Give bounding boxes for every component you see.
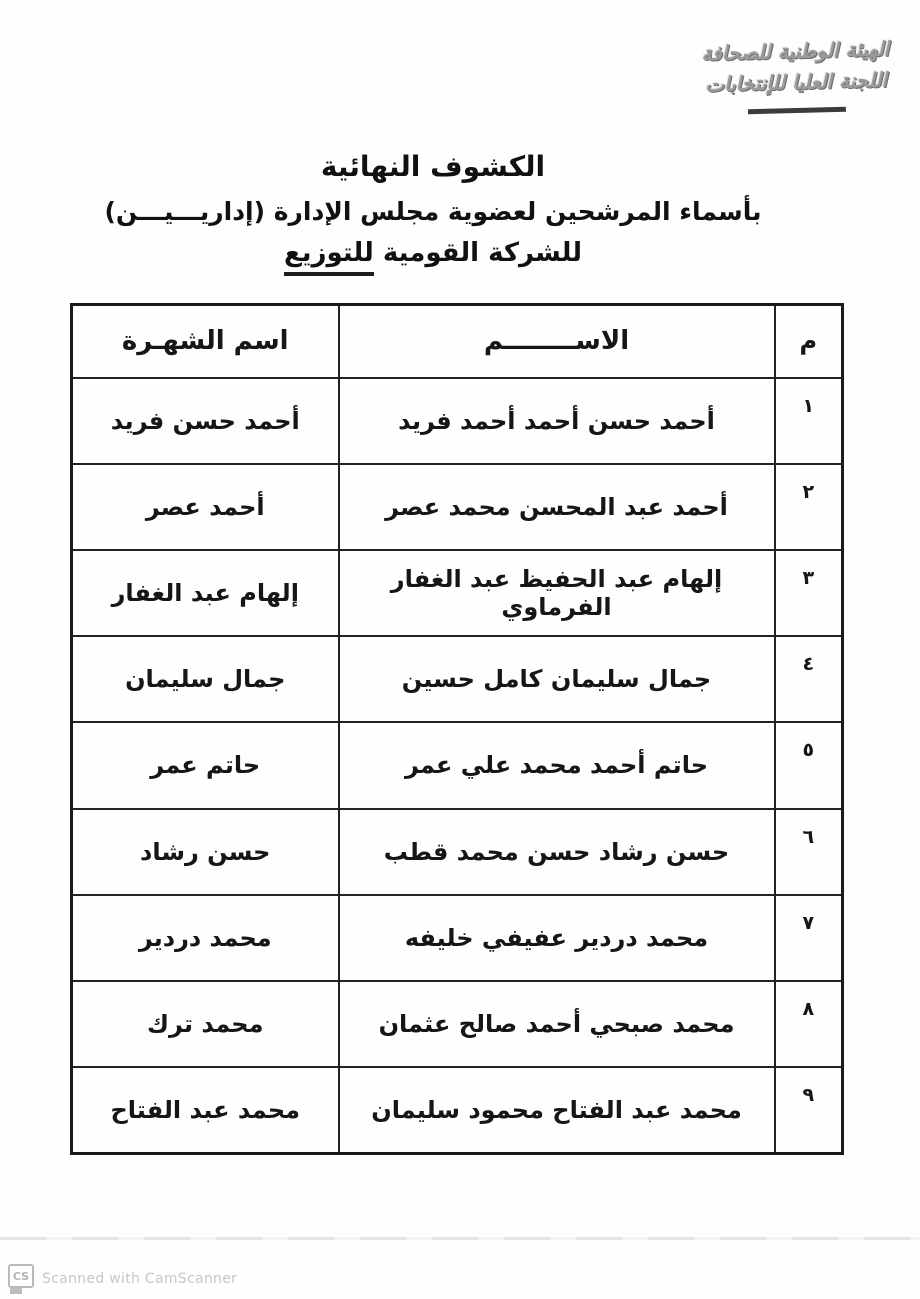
row-nickname: أحمد عصر: [72, 464, 339, 550]
row-index: ٦: [775, 809, 843, 895]
row-index: ١: [775, 378, 843, 464]
letterhead-line-2: اللجنة العليا للإنتخابات: [702, 65, 890, 101]
row-index: ٨: [775, 981, 843, 1067]
row-name: إلهام عبد الحفيظ عبد الغفار الفرماوي: [339, 550, 775, 636]
table-row: ٧ محمد دردير عفيفي خليفه محمد دردير: [72, 895, 843, 981]
row-index: ٧: [775, 895, 843, 981]
camscanner-icon: CS: [8, 1264, 34, 1294]
header-nickname: اسم الشهـرة: [72, 305, 339, 378]
table-row: ٤ جمال سليمان كامل حسين جمال سليمان: [72, 636, 843, 722]
row-name: أحمد حسن أحمد أحمد فريد: [339, 378, 775, 464]
row-name: محمد عبد الفتاح محمود سليمان: [339, 1067, 775, 1153]
header-index: م: [775, 305, 843, 378]
company-title-underlined: للتوزيع: [284, 238, 374, 276]
table-row: ٣ إلهام عبد الحفيظ عبد الغفار الفرماوي إ…: [72, 550, 843, 636]
scan-artifact-line: [0, 1237, 920, 1240]
row-index: ٩: [775, 1067, 843, 1153]
page-subtitle: بأسماء المرشحين لعضوية مجلس الإدارة (إدا…: [0, 197, 893, 226]
row-name: أحمد عبد المحسن محمد عصر: [339, 464, 775, 550]
row-nickname: محمد ترك: [72, 981, 339, 1067]
camscanner-icon-letters: CS: [8, 1264, 34, 1288]
row-name: محمد صبحي أحمد صالح عثمان: [339, 981, 775, 1067]
table-row: ٥ حاتم أحمد محمد علي عمر حاتم عمر: [72, 722, 843, 808]
header-name: الاســــــــم: [339, 305, 775, 378]
table-row: ٢ أحمد عبد المحسن محمد عصر أحمد عصر: [72, 464, 843, 550]
row-index: ٣: [775, 550, 843, 636]
scanned-document-page: الهيئة الوطنية للصحافة اللجنة العليا للإ…: [0, 0, 920, 1299]
row-index: ٥: [775, 722, 843, 808]
row-name: محمد دردير عفيفي خليفه: [339, 895, 775, 981]
row-nickname: جمال سليمان: [72, 636, 339, 722]
letterhead-line-1: الهيئة الوطنية للصحافة: [701, 34, 889, 70]
letterhead: الهيئة الوطنية للصحافة اللجنة العليا للإ…: [701, 34, 891, 116]
row-nickname: حسن رشاد: [72, 809, 339, 895]
row-nickname: محمد عبد الفتاح: [72, 1067, 339, 1153]
camscanner-watermark: CS Scanned with CamScanner: [8, 1264, 237, 1294]
camscanner-icon-flag: [10, 1288, 22, 1294]
row-index: ٢: [775, 464, 843, 550]
row-name: جمال سليمان كامل حسين: [339, 636, 775, 722]
row-nickname: حاتم عمر: [72, 722, 339, 808]
company-title: للشركة القومية للتوزيع: [0, 238, 893, 268]
table-row: ١ أحمد حسن أحمد أحمد فريد أحمد حسن فريد: [72, 378, 843, 464]
document-titles: الكشوف النهائية بأسماء المرشحين لعضوية م…: [0, 150, 893, 268]
table-header-row: م الاســــــــم اسم الشهـرة: [72, 305, 843, 378]
row-index: ٤: [775, 636, 843, 722]
row-nickname: محمد دردير: [72, 895, 339, 981]
table-row: ٨ محمد صبحي أحمد صالح عثمان محمد ترك: [72, 981, 843, 1067]
table-row: ٩ محمد عبد الفتاح محمود سليمان محمد عبد …: [72, 1067, 843, 1153]
row-name: حسن رشاد حسن محمد قطب: [339, 809, 775, 895]
table-body: ١ أحمد حسن أحمد أحمد فريد أحمد حسن فريد …: [72, 378, 843, 1154]
row-name: حاتم أحمد محمد علي عمر: [339, 722, 775, 808]
candidates-table: م الاســــــــم اسم الشهـرة ١ أحمد حسن أ…: [70, 303, 844, 1155]
table-row: ٦ حسن رشاد حسن محمد قطب حسن رشاد: [72, 809, 843, 895]
row-nickname: أحمد حسن فريد: [72, 378, 339, 464]
company-title-prefix: للشركة القومية: [374, 238, 582, 268]
page-title: الكشوف النهائية: [0, 150, 893, 183]
camscanner-text: Scanned with CamScanner: [42, 1271, 237, 1287]
letterhead-underline: [748, 107, 846, 115]
row-nickname: إلهام عبد الغفار: [72, 550, 339, 636]
